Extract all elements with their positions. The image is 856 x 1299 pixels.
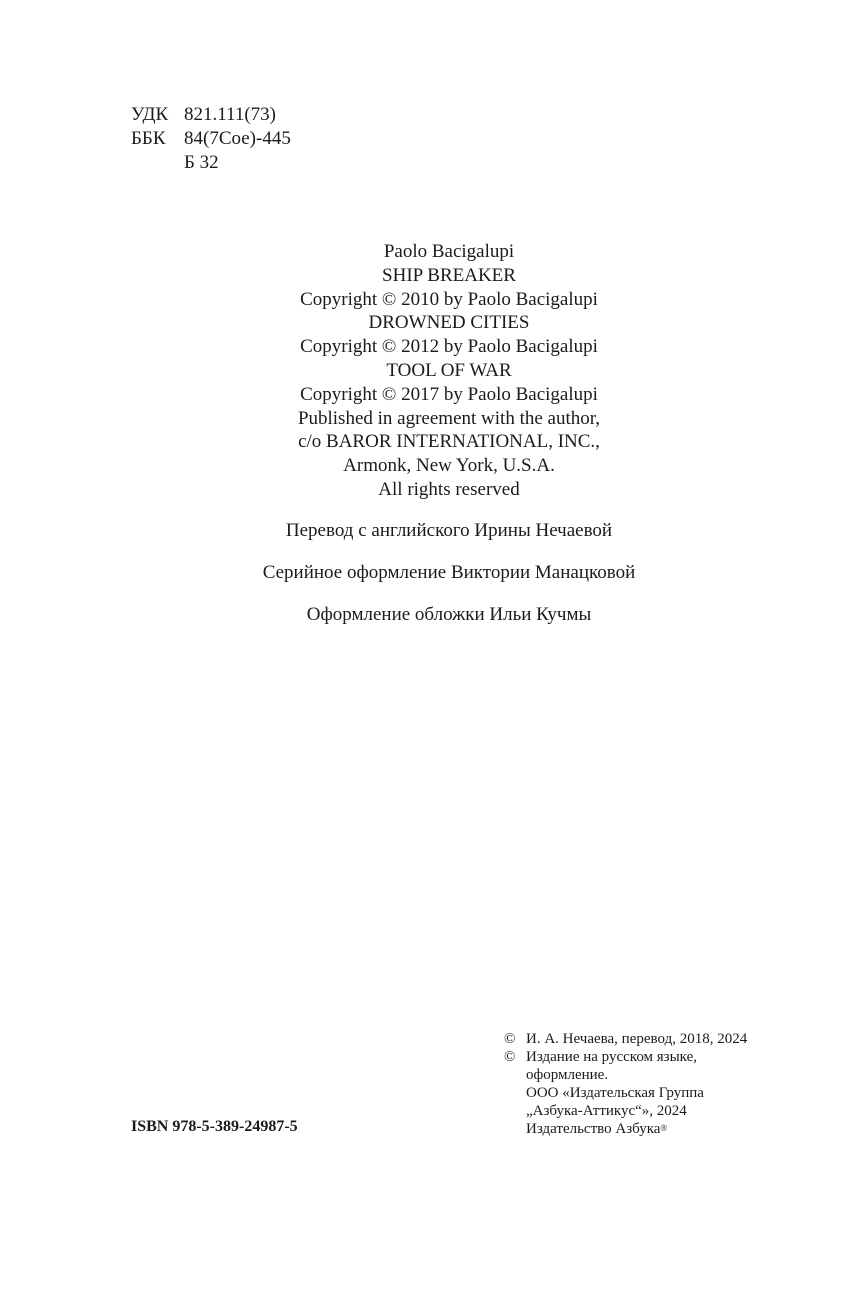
copyright-block: Paolo Bacigalupi SHIP BREAKER Copyright … bbox=[0, 240, 856, 502]
edition-notice: © Издание на русском языке, оформление. … bbox=[504, 1048, 747, 1138]
bbk-code: 84(7Сое)-445 bbox=[184, 127, 291, 151]
edition-line: оформление. bbox=[526, 1066, 704, 1084]
agency-line: c/o BAROR INTERNATIONAL, INC., bbox=[0, 430, 856, 454]
copyright-icon: © bbox=[504, 1030, 526, 1048]
isbn: ISBN 978-5-389-24987-5 bbox=[131, 1118, 298, 1136]
udc-code: 821.111(73) bbox=[184, 103, 276, 127]
edition-line: Издание на русском языке, bbox=[526, 1048, 704, 1066]
title-drowned-cities: DROWNED CITIES bbox=[0, 311, 856, 335]
copyright-2012: Copyright © 2012 by Paolo Bacigalupi bbox=[0, 335, 856, 359]
library-classification: УДК 821.111(73) ББК 84(7Сое)-445 Б 32 bbox=[131, 103, 291, 175]
series-design-credit: Серийное оформление Виктории Манацковой bbox=[0, 561, 856, 584]
author-name: Paolo Bacigalupi bbox=[0, 240, 856, 264]
publisher-line: Издательство Азбука® bbox=[526, 1120, 704, 1138]
copyright-2010: Copyright © 2010 by Paolo Bacigalupi bbox=[0, 288, 856, 312]
edition-line: ООО «Издательская Группа bbox=[526, 1084, 704, 1102]
copyright-2017: Copyright © 2017 by Paolo Bacigalupi bbox=[0, 383, 856, 407]
translation-notice-text: И. А. Нечаева, перевод, 2018, 2024 bbox=[526, 1030, 747, 1048]
udc-row: УДК 821.111(73) bbox=[131, 103, 291, 127]
translation-notice: © И. А. Нечаева, перевод, 2018, 2024 bbox=[504, 1030, 747, 1048]
author-mark-code: Б 32 bbox=[184, 151, 219, 175]
author-mark-row: Б 32 bbox=[131, 151, 291, 175]
udc-label: УДК bbox=[131, 103, 184, 127]
copyright-icon: © bbox=[504, 1048, 526, 1138]
rights-reserved: All rights reserved bbox=[0, 478, 856, 502]
copyright-notices: © И. А. Нечаева, перевод, 2018, 2024 © И… bbox=[504, 1030, 747, 1138]
publisher-name: Издательство Азбука bbox=[526, 1121, 660, 1137]
agreement-line: Published in agreement with the author, bbox=[0, 407, 856, 431]
registered-trademark-icon: ® bbox=[660, 1123, 667, 1133]
bbk-label: ББК bbox=[131, 127, 184, 151]
agency-address: Armonk, New York, U.S.A. bbox=[0, 454, 856, 478]
imprint-page: УДК 821.111(73) ББК 84(7Сое)-445 Б 32 Pa… bbox=[0, 0, 856, 1299]
credits-block: Перевод с английского Ирины Нечаевой Сер… bbox=[0, 519, 856, 645]
bbk-row: ББК 84(7Сое)-445 bbox=[131, 127, 291, 151]
title-ship-breaker: SHIP BREAKER bbox=[0, 264, 856, 288]
cover-design-credit: Оформление обложки Ильи Кучмы bbox=[0, 603, 856, 626]
translator-credit: Перевод с английского Ирины Нечаевой bbox=[0, 519, 856, 542]
edition-line: „Азбука-Аттикус“», 2024 bbox=[526, 1102, 704, 1120]
author-mark-label bbox=[131, 151, 184, 175]
title-tool-of-war: TOOL OF WAR bbox=[0, 359, 856, 383]
